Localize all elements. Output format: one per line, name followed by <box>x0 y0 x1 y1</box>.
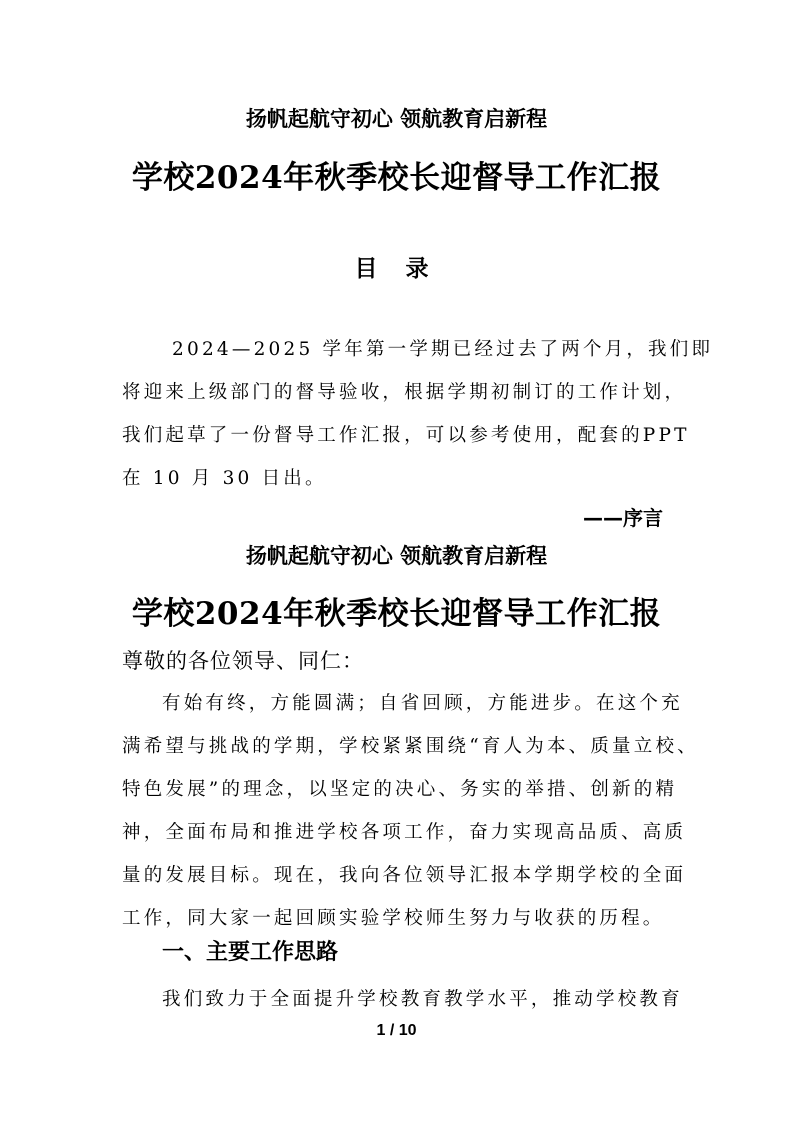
page-indicator: 1 / 10 <box>0 1022 793 1040</box>
preface-line-2: 将迎来上级部门的督导验收，根据学期初制订的工作计划， <box>122 378 686 404</box>
document-page: 扬帆起航守初心 领航教育启新程 学校2024年秋季校长迎督导工作汇报 目 录 2… <box>0 0 793 1122</box>
intro-line-2: 满希望与挑战的学期，学校紧紧围绕“育人为本、质量立校、 <box>122 732 699 758</box>
intro-line-4: 神，全面布局和推进学校各项工作，奋力实现高品质、高质 <box>122 818 686 844</box>
intro-line-1: 有始有终，方能圆满；自省回顾，方能进步。在这个充 <box>162 689 683 715</box>
preface-signature: ——序言 <box>583 502 663 531</box>
section-1-heading: 一、主要工作思路 <box>162 935 338 966</box>
report-title: 学校2024年秋季校长迎督导工作汇报 <box>0 588 793 633</box>
greeting: 尊敬的各位领导、同仁： <box>122 645 364 675</box>
cover-title: 学校2024年秋季校长迎督导工作汇报 <box>0 152 793 197</box>
intro-line-6: 工作，同大家一起回顾实验学校师生努力与收获的历程。 <box>122 904 665 930</box>
preface-line-1: 2024—2025 学年第一学期已经过去了两个月，我们即 <box>172 335 713 361</box>
cover-subtitle: 扬帆起航守初心 领航教育启新程 <box>0 103 793 133</box>
preface-line-3: 我们起草了一份督导工作汇报，可以参考使用，配套的PPT <box>122 421 690 447</box>
toc-heading: 目 录 <box>0 250 793 283</box>
report-subtitle: 扬帆起航守初心 领航教育启新程 <box>0 540 793 570</box>
section-1-line-1: 我们致力于全面提升学校教育教学水平，推动学校教育 <box>162 985 683 1011</box>
intro-line-5: 量的发展目标。现在，我向各位领导汇报本学期学校的全面 <box>122 861 686 887</box>
preface-line-4: 在 10 月 30 日出。 <box>122 464 327 490</box>
intro-line-3: 特色发展”的理念，以坚定的决心、务实的举措、创新的精 <box>122 775 677 801</box>
